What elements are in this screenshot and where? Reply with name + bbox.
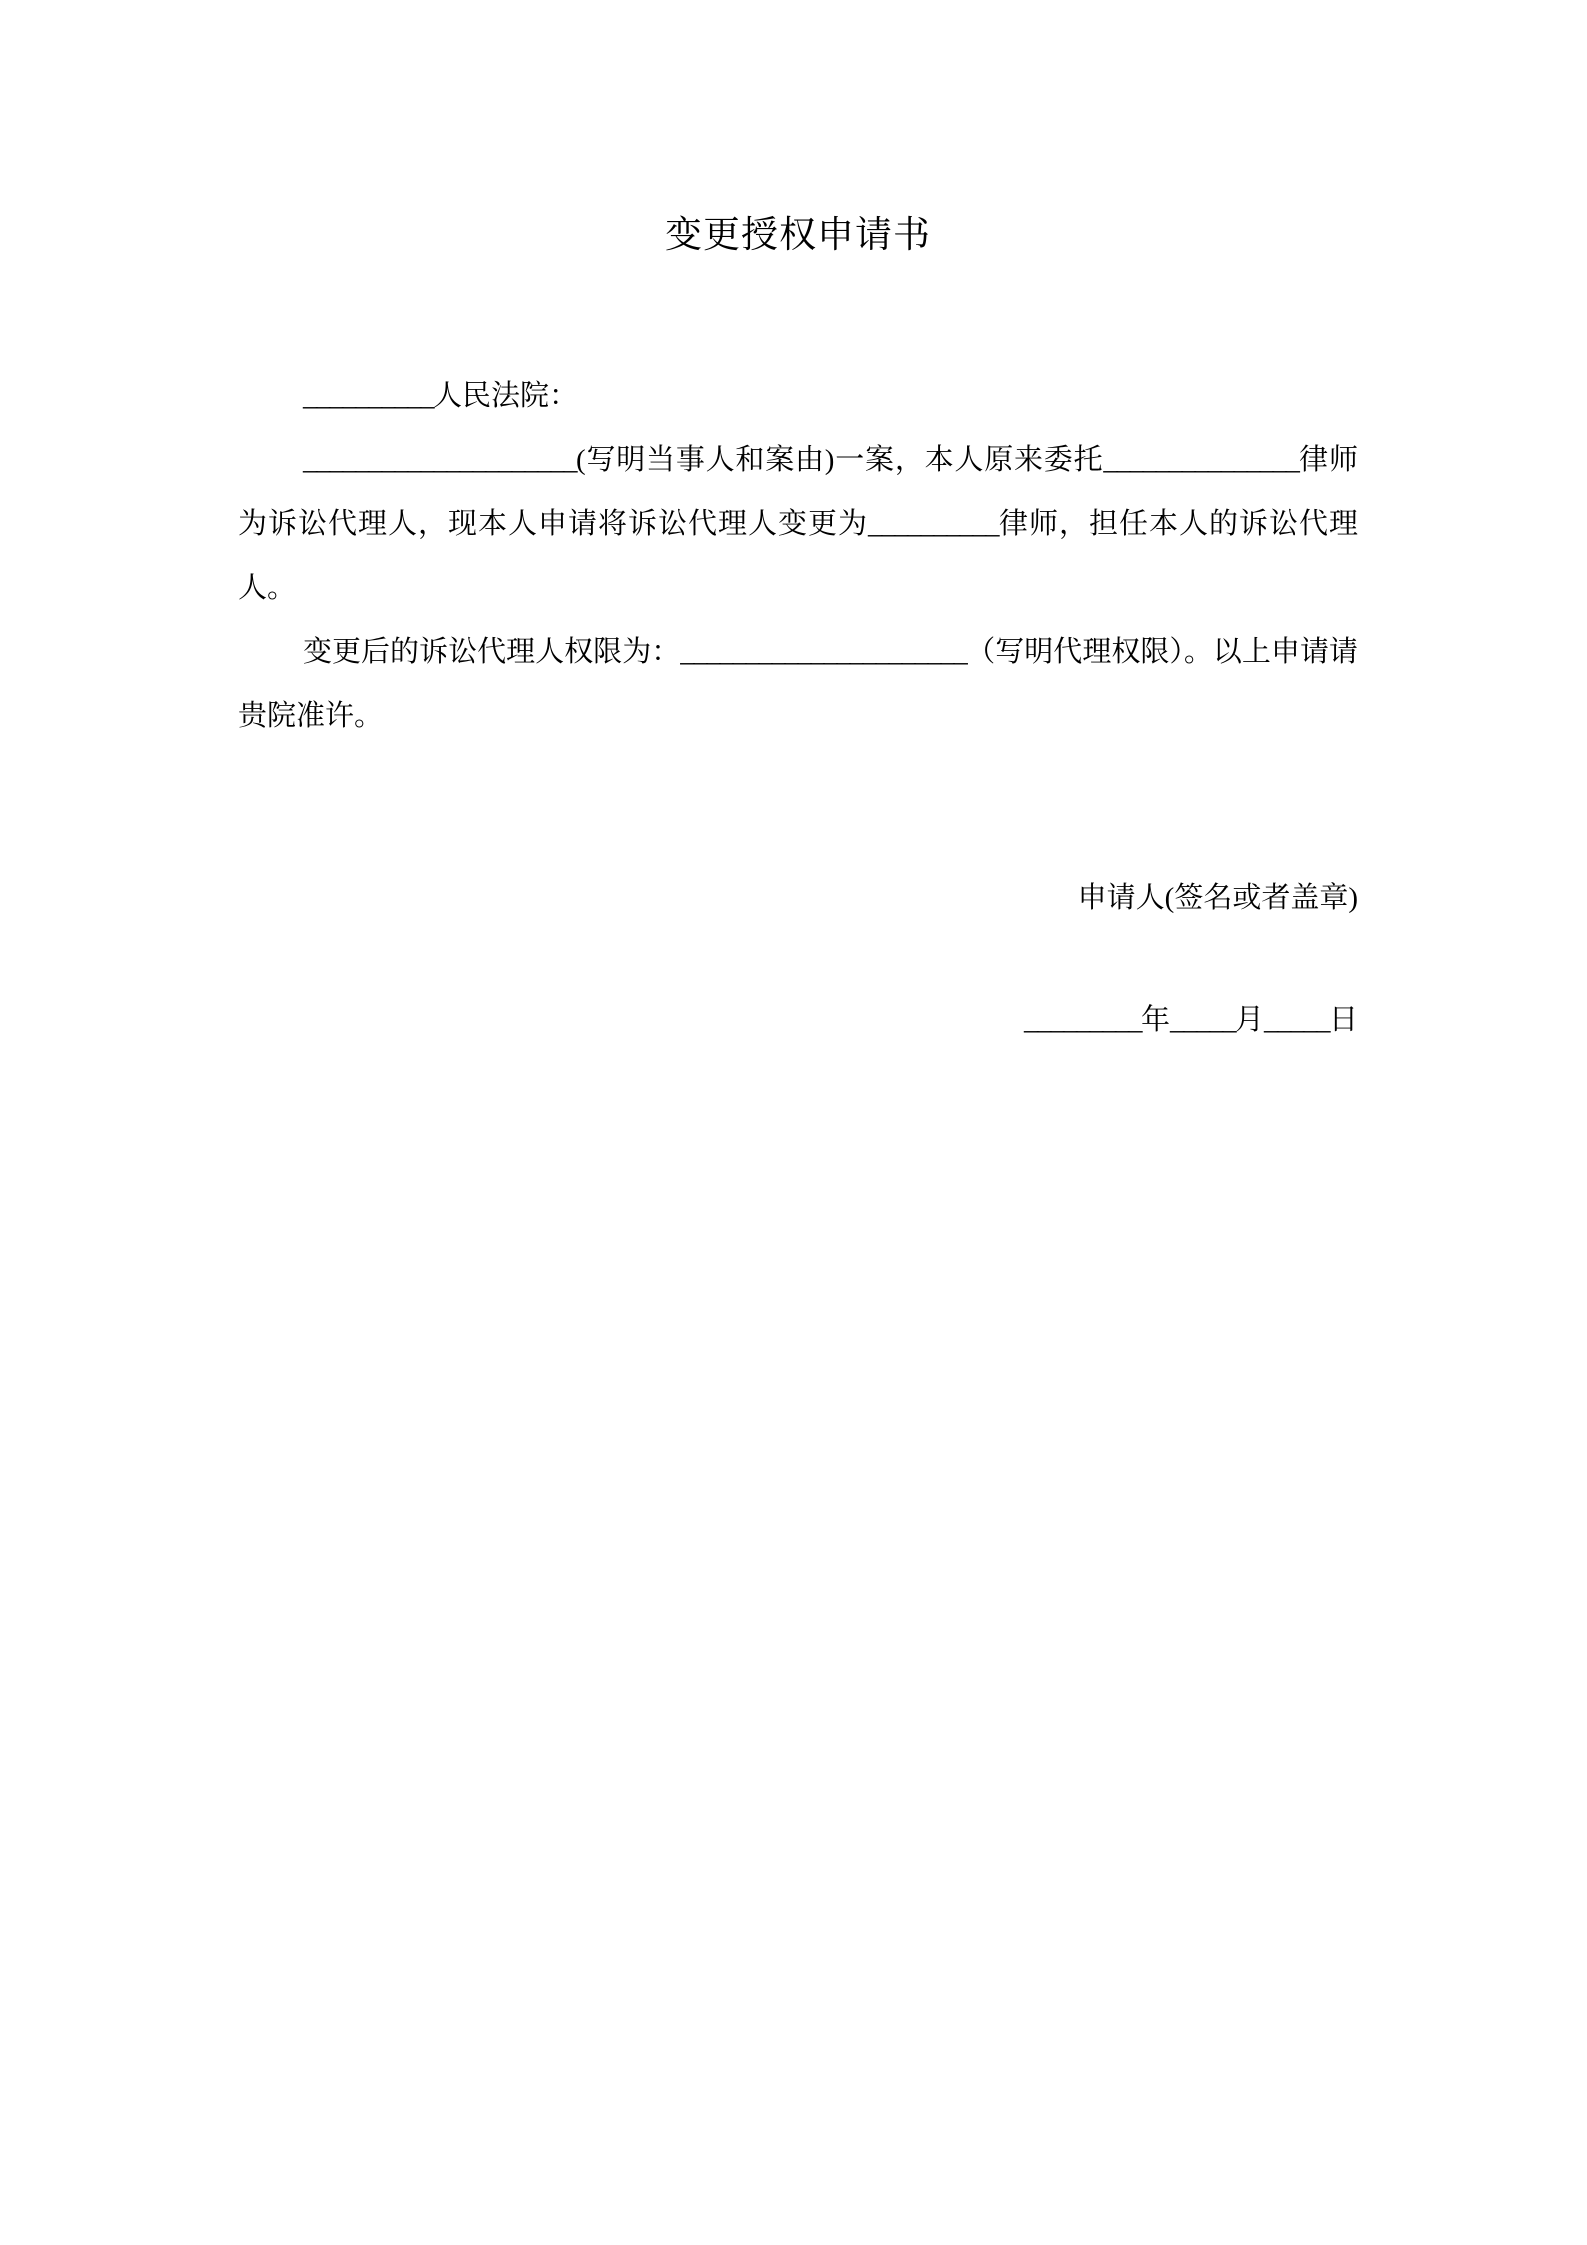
day-blank: _____: [1264, 1004, 1329, 1036]
document-title: 变更授权申请书: [238, 211, 1358, 261]
month-label: 月: [1235, 1004, 1264, 1036]
day-label: 日: [1329, 1004, 1358, 1036]
court-label: 人民法院：: [433, 380, 578, 412]
year-label: 年: [1141, 1004, 1170, 1036]
court-name-blank: __________: [303, 380, 433, 412]
year-blank: _________: [1024, 1004, 1141, 1036]
salutation-line: __________人民法院：: [238, 364, 1358, 428]
authority-lead-text: 变更后的诉讼代理人权限为：: [303, 636, 680, 668]
month-blank: _____: [1170, 1004, 1235, 1036]
signature-line: 申请人(签名或者盖章): [238, 866, 1358, 930]
original-lawyer-blank: _______________: [1103, 444, 1298, 476]
new-lawyer-blank: __________: [868, 508, 998, 540]
case-paragraph: _____________________(写明当事人和案由)一案，本人原来委托…: [238, 428, 1358, 620]
case-description-blank: _____________________: [303, 444, 576, 476]
case-note-text: (写明当事人和案由)一案，本人原来委托: [576, 444, 1103, 476]
authority-paragraph: 变更后的诉讼代理人权限为：______________________（写明代理…: [238, 620, 1358, 748]
document-page: 变更授权申请书 __________人民法院： ________________…: [0, 0, 1587, 2245]
applicant-signature-label: 申请人(签名或者盖章): [1078, 882, 1358, 914]
authority-scope-blank: ______________________: [680, 636, 966, 668]
date-line: _________年_____月_____日: [238, 988, 1358, 1052]
